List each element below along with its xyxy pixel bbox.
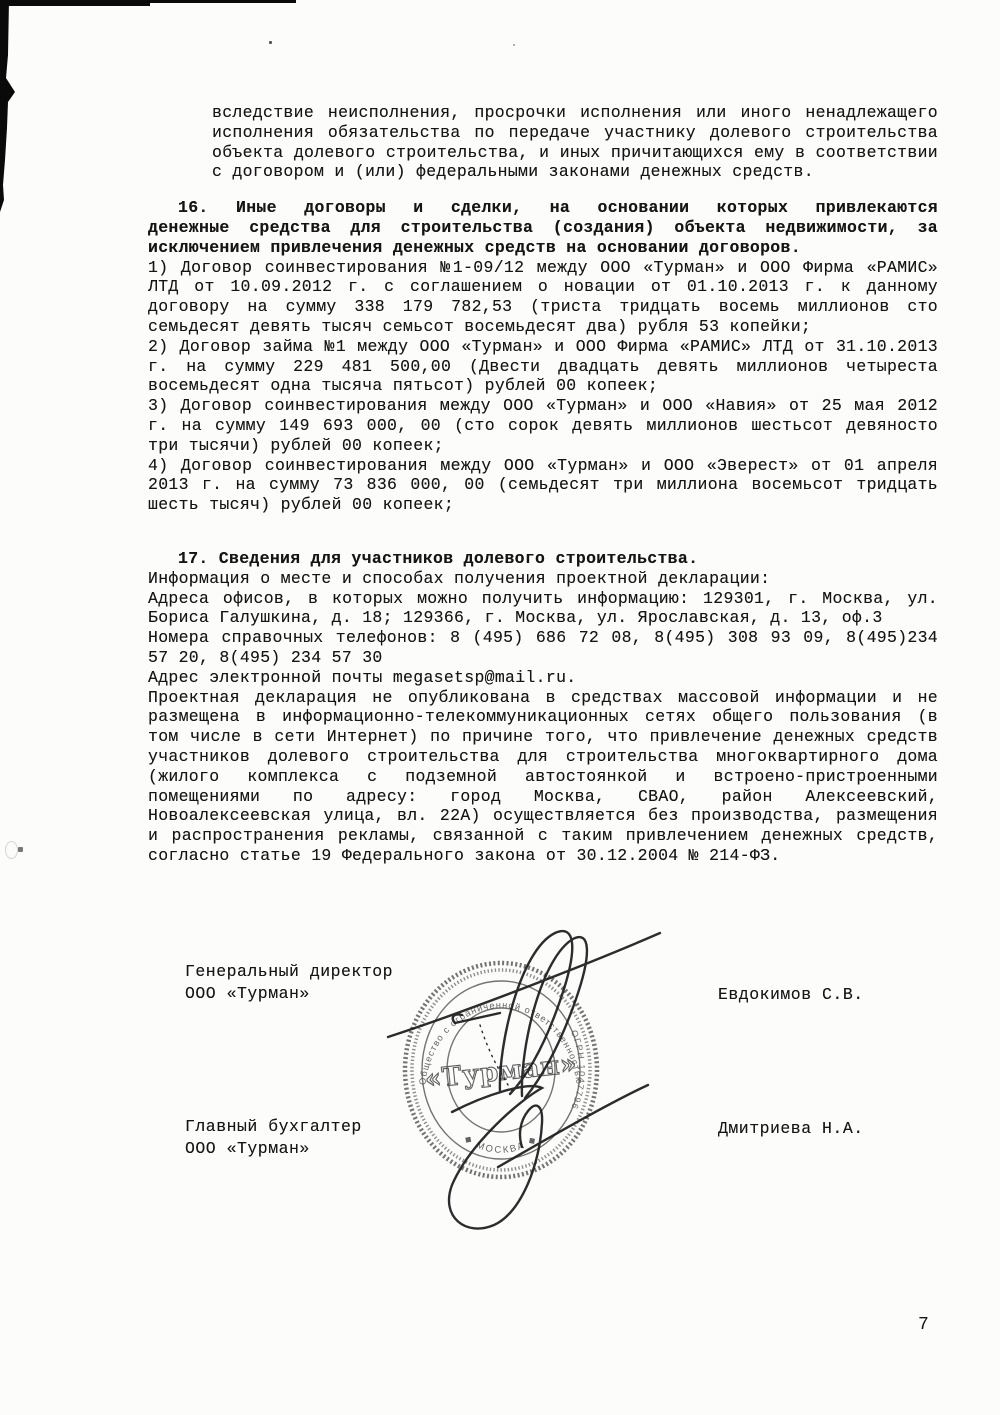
contract-item-3: 3) Договор соинвестирования между ООО «Т… — [148, 396, 938, 455]
signatures-overlay — [370, 895, 690, 1255]
text-line: семьдесят девять тысяч семьсот восемьдес… — [148, 317, 938, 337]
scan-speck — [269, 41, 272, 44]
text-line: г. на сумму 149 693 000, 00 (сто сорок д… — [148, 416, 938, 436]
text-line: Информация о месте и способах получения … — [148, 569, 938, 589]
document-text: вследствие неисполнения, просрочки испол… — [148, 103, 938, 866]
section-17-heading: 17. Сведения для участников долевого стр… — [148, 549, 938, 569]
contract-item-1: 1) Договор соинвестирования №1-09/12 меж… — [148, 258, 938, 337]
text-line: 16. Иные договоры и сделки, на основании… — [148, 198, 938, 218]
text-line: 3) Договор соинвестирования между ООО «Т… — [148, 396, 938, 416]
accountant-name: Дмитриева Н.А. — [718, 1118, 864, 1140]
text-line: 17. Сведения для участников долевого стр… — [148, 549, 938, 569]
text-line: 2013 г. на сумму 73 836 000, 00 (семьдес… — [148, 475, 938, 495]
continuation-paragraph: вследствие неисполнения, просрочки испол… — [212, 103, 938, 182]
text-line: Проектная декларация не опубликована в с… — [148, 688, 938, 708]
accountant-title-line2: ООО «Турман» — [185, 1138, 362, 1160]
accountant-title-line1: Главный бухгалтер — [185, 1116, 362, 1138]
text-line: 1) Договор соинвестирования №1-09/12 меж… — [148, 258, 938, 278]
text-line: Адреса офисов, в которых можно получить … — [148, 589, 938, 609]
scan-speck — [18, 847, 23, 852]
text-line: (жилого комплекса с подземной автостоянк… — [148, 767, 938, 787]
text-line: согласно статье 19 Федерального закона о… — [148, 846, 938, 866]
text-line: помещениями по адресу: город Москва, СВА… — [148, 787, 938, 807]
scan-artifact-top-bar — [0, 0, 150, 6]
page-number: 7 — [918, 1315, 929, 1335]
text-line: три тысячи) рублей 00 копеек; — [148, 436, 938, 456]
text-line: Номера справочных телефонов: 8 (495) 686… — [148, 628, 938, 648]
text-line: 4) Договор соинвестирования между ООО «Т… — [148, 456, 938, 476]
text-line: исключением привлечения денежных средств… — [148, 238, 938, 258]
text-line: денежные средства для строительства (соз… — [148, 218, 938, 238]
contract-item-4: 4) Договор соинвестирования между ООО «Т… — [148, 456, 938, 515]
director-signature — [388, 931, 660, 1098]
text-line: Адрес электронной почты megasetsp@mail.r… — [148, 668, 938, 688]
text-line: с договором и (или) федеральными законам… — [212, 162, 938, 182]
text-line: участников долевого строительства для ст… — [148, 747, 938, 767]
text-line: 2) Договор займа №1 между ООО «Турман» и… — [148, 337, 938, 357]
accountant-title: Главный бухгалтер ООО «Турман» — [185, 1116, 362, 1160]
scan-artifact-left-band — [0, 0, 16, 214]
scan-speck — [513, 44, 515, 46]
text-line: восемьдесят одна тысяча пятьсот) рублей … — [148, 376, 938, 396]
contract-item-2: 2) Договор займа №1 между ООО «Турман» и… — [148, 337, 938, 396]
text-line: ЛТД от 10.09.2012 г. с соглашением о нов… — [148, 277, 938, 297]
no-advertising-paragraph: Проектная декларация не опубликована в с… — [148, 688, 938, 866]
section-16-heading: 16. Иные договоры и сделки, на основании… — [148, 198, 938, 257]
text-line: том числе в сети Интернет) по причине то… — [148, 727, 938, 747]
text-line: Бориса Галушкина, д. 18; 129366, г. Моск… — [148, 608, 938, 628]
director-name: Евдокимов С.В. — [718, 984, 864, 1006]
director-title: Генеральный директор ООО «Турман» — [185, 961, 393, 1005]
text-line: объекта долевого строительства, и иных п… — [212, 143, 938, 163]
declaration-info: Информация о месте и способах получения … — [148, 569, 938, 688]
text-line: Новоалексеевская улица, вл. 22А) осущест… — [148, 806, 938, 826]
text-line: договору на сумму 338 179 782,53 (триста… — [148, 297, 938, 317]
text-line: исполнения обязательства по передаче уча… — [212, 123, 938, 143]
director-title-line1: Генеральный директор — [185, 961, 393, 983]
accountant-signature — [449, 1085, 648, 1229]
text-line: 57 20, 8(495) 234 57 30 — [148, 648, 938, 668]
text-line: г. на сумму 229 481 500,00 (Двести двадц… — [148, 357, 938, 377]
text-line: шесть тысяч) рублей 00 копеек; — [148, 495, 938, 515]
scan-speck — [5, 841, 18, 859]
text-line: вследствие неисполнения, просрочки испол… — [212, 103, 938, 123]
text-line: размещена в информационно-телекоммуникац… — [148, 707, 938, 727]
text-line: и распространения рекламы, связанной с т… — [148, 826, 938, 846]
director-title-line2: ООО «Турман» — [185, 983, 393, 1005]
scan-artifact-top-bar-thin — [148, 0, 296, 3]
